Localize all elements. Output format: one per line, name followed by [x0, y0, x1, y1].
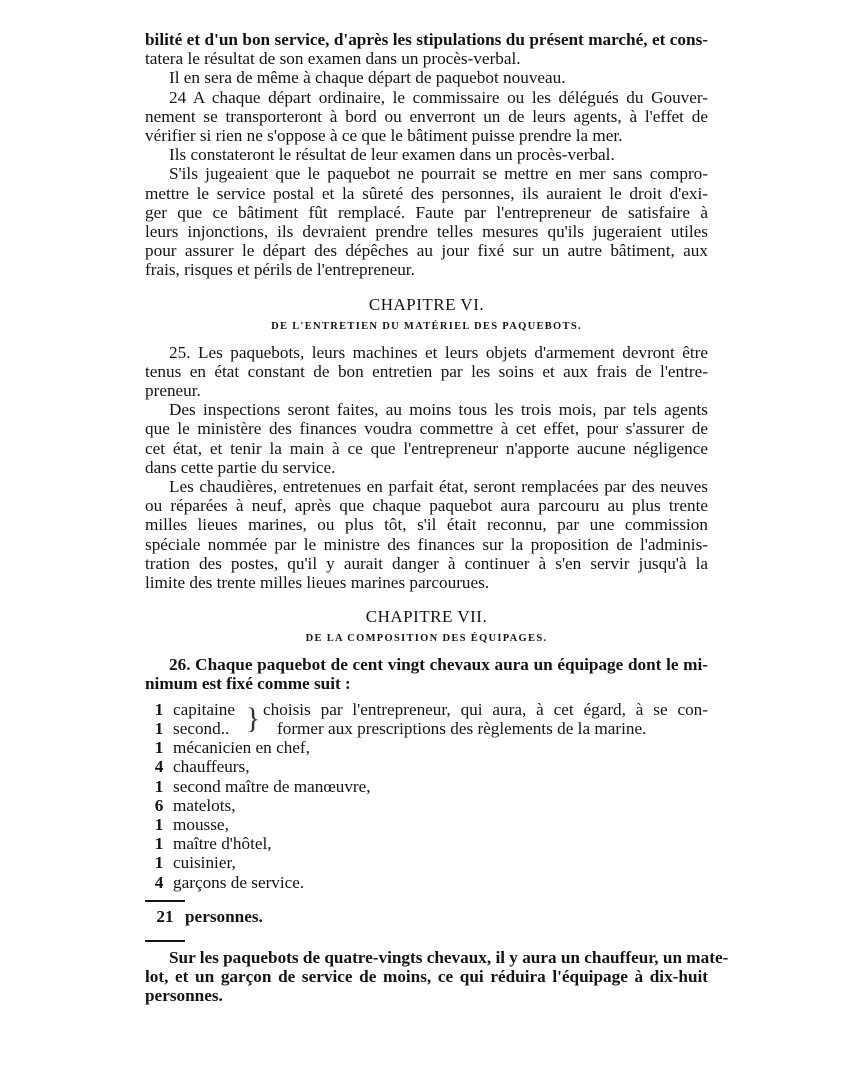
- text-line: personnes.: [145, 986, 708, 1005]
- crew-role: second..: [173, 719, 229, 738]
- text-line: tatera le résultat de son examen dans un…: [145, 49, 708, 68]
- section-rule-divider: [145, 940, 185, 942]
- text-line: frais, risques et périls de l'entreprene…: [145, 260, 708, 279]
- text-line: milles lieues marines, ou plus tôt, s'il…: [145, 515, 708, 534]
- crew-qty: 1: [145, 777, 173, 796]
- text-line: bilité et d'un bon service, d'après les …: [145, 30, 708, 49]
- text-line: Sur les paquebots de quatre-vingts cheva…: [145, 948, 708, 967]
- text-line: 24 A chaque départ ordinaire, le commiss…: [145, 88, 708, 107]
- crew-role: garçons de service.: [173, 873, 304, 892]
- crew-item: 6matelots,: [145, 796, 708, 815]
- crew-qty: 1: [145, 853, 173, 872]
- crew-qty: 6: [145, 796, 173, 815]
- paragraph-quatre-vingts: Sur les paquebots de quatre-vingts cheva…: [145, 948, 708, 1006]
- crew-qty: 1: [145, 700, 173, 719]
- text-line: Ils constateront le résultat de leur exa…: [169, 145, 708, 164]
- crew-total-label: personnes.: [185, 907, 263, 926]
- crew-item: 1maître d'hôtel,: [145, 834, 708, 853]
- crew-role: matelots,: [173, 796, 236, 815]
- crew-item: 1second maître de manœuvre,: [145, 777, 708, 796]
- crew-item: 1cuisinier,: [145, 853, 708, 872]
- text-line: S'ils jugeaient que le paquebot ne pourr…: [145, 164, 708, 183]
- crew-qty: 1: [145, 834, 173, 853]
- text-line: Il en sera de même à chaque départ de pa…: [169, 68, 708, 87]
- sum-rule-divider: [145, 900, 185, 902]
- text-line: pour assurer le départ des dépêches au j…: [145, 241, 708, 260]
- text-line: que le ministère des finances voudra com…: [145, 419, 708, 438]
- crew-brace-items: 1 capitaine 1 second..: [145, 700, 243, 738]
- crew-item: 1mécanicien en chef,: [145, 738, 708, 757]
- crew-item: 1 capitaine: [145, 700, 243, 719]
- text-line: mettre le service postal et la sûreté de…: [145, 184, 708, 203]
- crew-total-qty: 21: [145, 907, 185, 926]
- chapter-6-title: CHAPITRE VI.: [145, 295, 708, 315]
- crew-item: 1 second..: [145, 719, 243, 738]
- crew-total: 21 personnes.: [145, 907, 708, 926]
- crew-role: second maître de manœuvre,: [173, 777, 371, 796]
- crew-qty: 1: [145, 738, 173, 757]
- chapter-7-title: CHAPITRE VII.: [145, 607, 708, 627]
- text-line: tenus en état constant de bon entretien …: [145, 362, 708, 381]
- crew-item: 4chauffeurs,: [145, 757, 708, 776]
- crew-qty: 1: [145, 719, 173, 738]
- crew-role: mousse,: [173, 815, 229, 834]
- crew-qty: 4: [145, 757, 173, 776]
- crew-list: 1mécanicien en chef, 4chauffeurs, 1secon…: [145, 738, 708, 892]
- paragraph-constater: Ils constateront le résultat de leur exa…: [145, 145, 708, 164]
- text-line: preneur.: [145, 381, 708, 400]
- text-line: dans cette partie du service.: [145, 458, 708, 477]
- crew-role: mécanicien en chef,: [173, 738, 310, 757]
- chapter-6-subtitle: DE L'ENTRETIEN DU MATÉRIEL DES PAQUEBOTS…: [145, 319, 708, 335]
- crew-brace-note: choisis par l'entrepreneur, qui aura, à …: [263, 700, 708, 738]
- text-line: former aux prescriptions des règlements …: [263, 719, 708, 738]
- text-line: Des inspections seront faites, au moins …: [145, 400, 708, 419]
- text-line: tration des postes, qu'il y aurait dange…: [145, 554, 708, 573]
- text-line: 26. Chaque paquebot de cent vingt chevau…: [145, 655, 708, 674]
- crew-role: maître d'hôtel,: [173, 834, 272, 853]
- text-line: ou réparées à neuf, après que chaque paq…: [145, 496, 708, 515]
- text-line: cet état, et tenir la main à ce que l'en…: [145, 439, 708, 458]
- crew-qty: 1: [145, 815, 173, 834]
- crew-brace-group: 1 capitaine 1 second.. } choisis par l'e…: [145, 700, 708, 738]
- text-line: 25. Les paquebots, leurs machines et leu…: [145, 343, 708, 362]
- article-26: 26. Chaque paquebot de cent vingt chevau…: [145, 655, 708, 693]
- chapter-7-subtitle: DE LA COMPOSITION DES ÉQUIPAGES.: [145, 631, 708, 647]
- text-line: choisis par l'entrepreneur, qui aura, à …: [263, 700, 708, 719]
- text-line: ger que ce bâtiment fût remplacé. Faute …: [145, 203, 708, 222]
- text-line: vérifier si rien ne s'oppose à ce que le…: [145, 126, 708, 145]
- crew-role: cuisinier,: [173, 853, 236, 872]
- crew-item: 1mousse,: [145, 815, 708, 834]
- paragraph-inspections: Des inspections seront faites, au moins …: [145, 400, 708, 477]
- text-line: nimum est fixé comme suit :: [145, 674, 708, 693]
- article-24: 24 A chaque départ ordinaire, le commiss…: [145, 88, 708, 146]
- paragraph-jugeaient: S'ils jugeaient que le paquebot ne pourr…: [145, 164, 708, 279]
- text-line: Les chaudières, entretenues en parfait é…: [145, 477, 708, 496]
- text-line: limite des trente milles lieues marines …: [145, 573, 708, 592]
- brace-icon: }: [243, 700, 263, 738]
- text-line: leurs injonctions, ils devraient prendre…: [145, 222, 708, 241]
- paragraph-nouveau: Il en sera de même à chaque départ de pa…: [145, 68, 708, 87]
- crew-item: 4garçons de service.: [145, 873, 708, 892]
- crew-role: capitaine: [173, 700, 235, 719]
- text-line: lot, et un garçon de service de moins, c…: [145, 967, 708, 986]
- crew-qty: 4: [145, 873, 173, 892]
- document-page: bilité et d'un bon service, d'après les …: [145, 30, 708, 1006]
- opening-paragraph: bilité et d'un bon service, d'après les …: [145, 30, 708, 68]
- paragraph-chaudieres: Les chaudières, entretenues en parfait é…: [145, 477, 708, 592]
- article-25: 25. Les paquebots, leurs machines et leu…: [145, 343, 708, 401]
- text-line: spéciale nommée par le ministre des fina…: [145, 535, 708, 554]
- text-line: nement se transporteront à bord ou enver…: [145, 107, 708, 126]
- crew-role: chauffeurs,: [173, 757, 250, 776]
